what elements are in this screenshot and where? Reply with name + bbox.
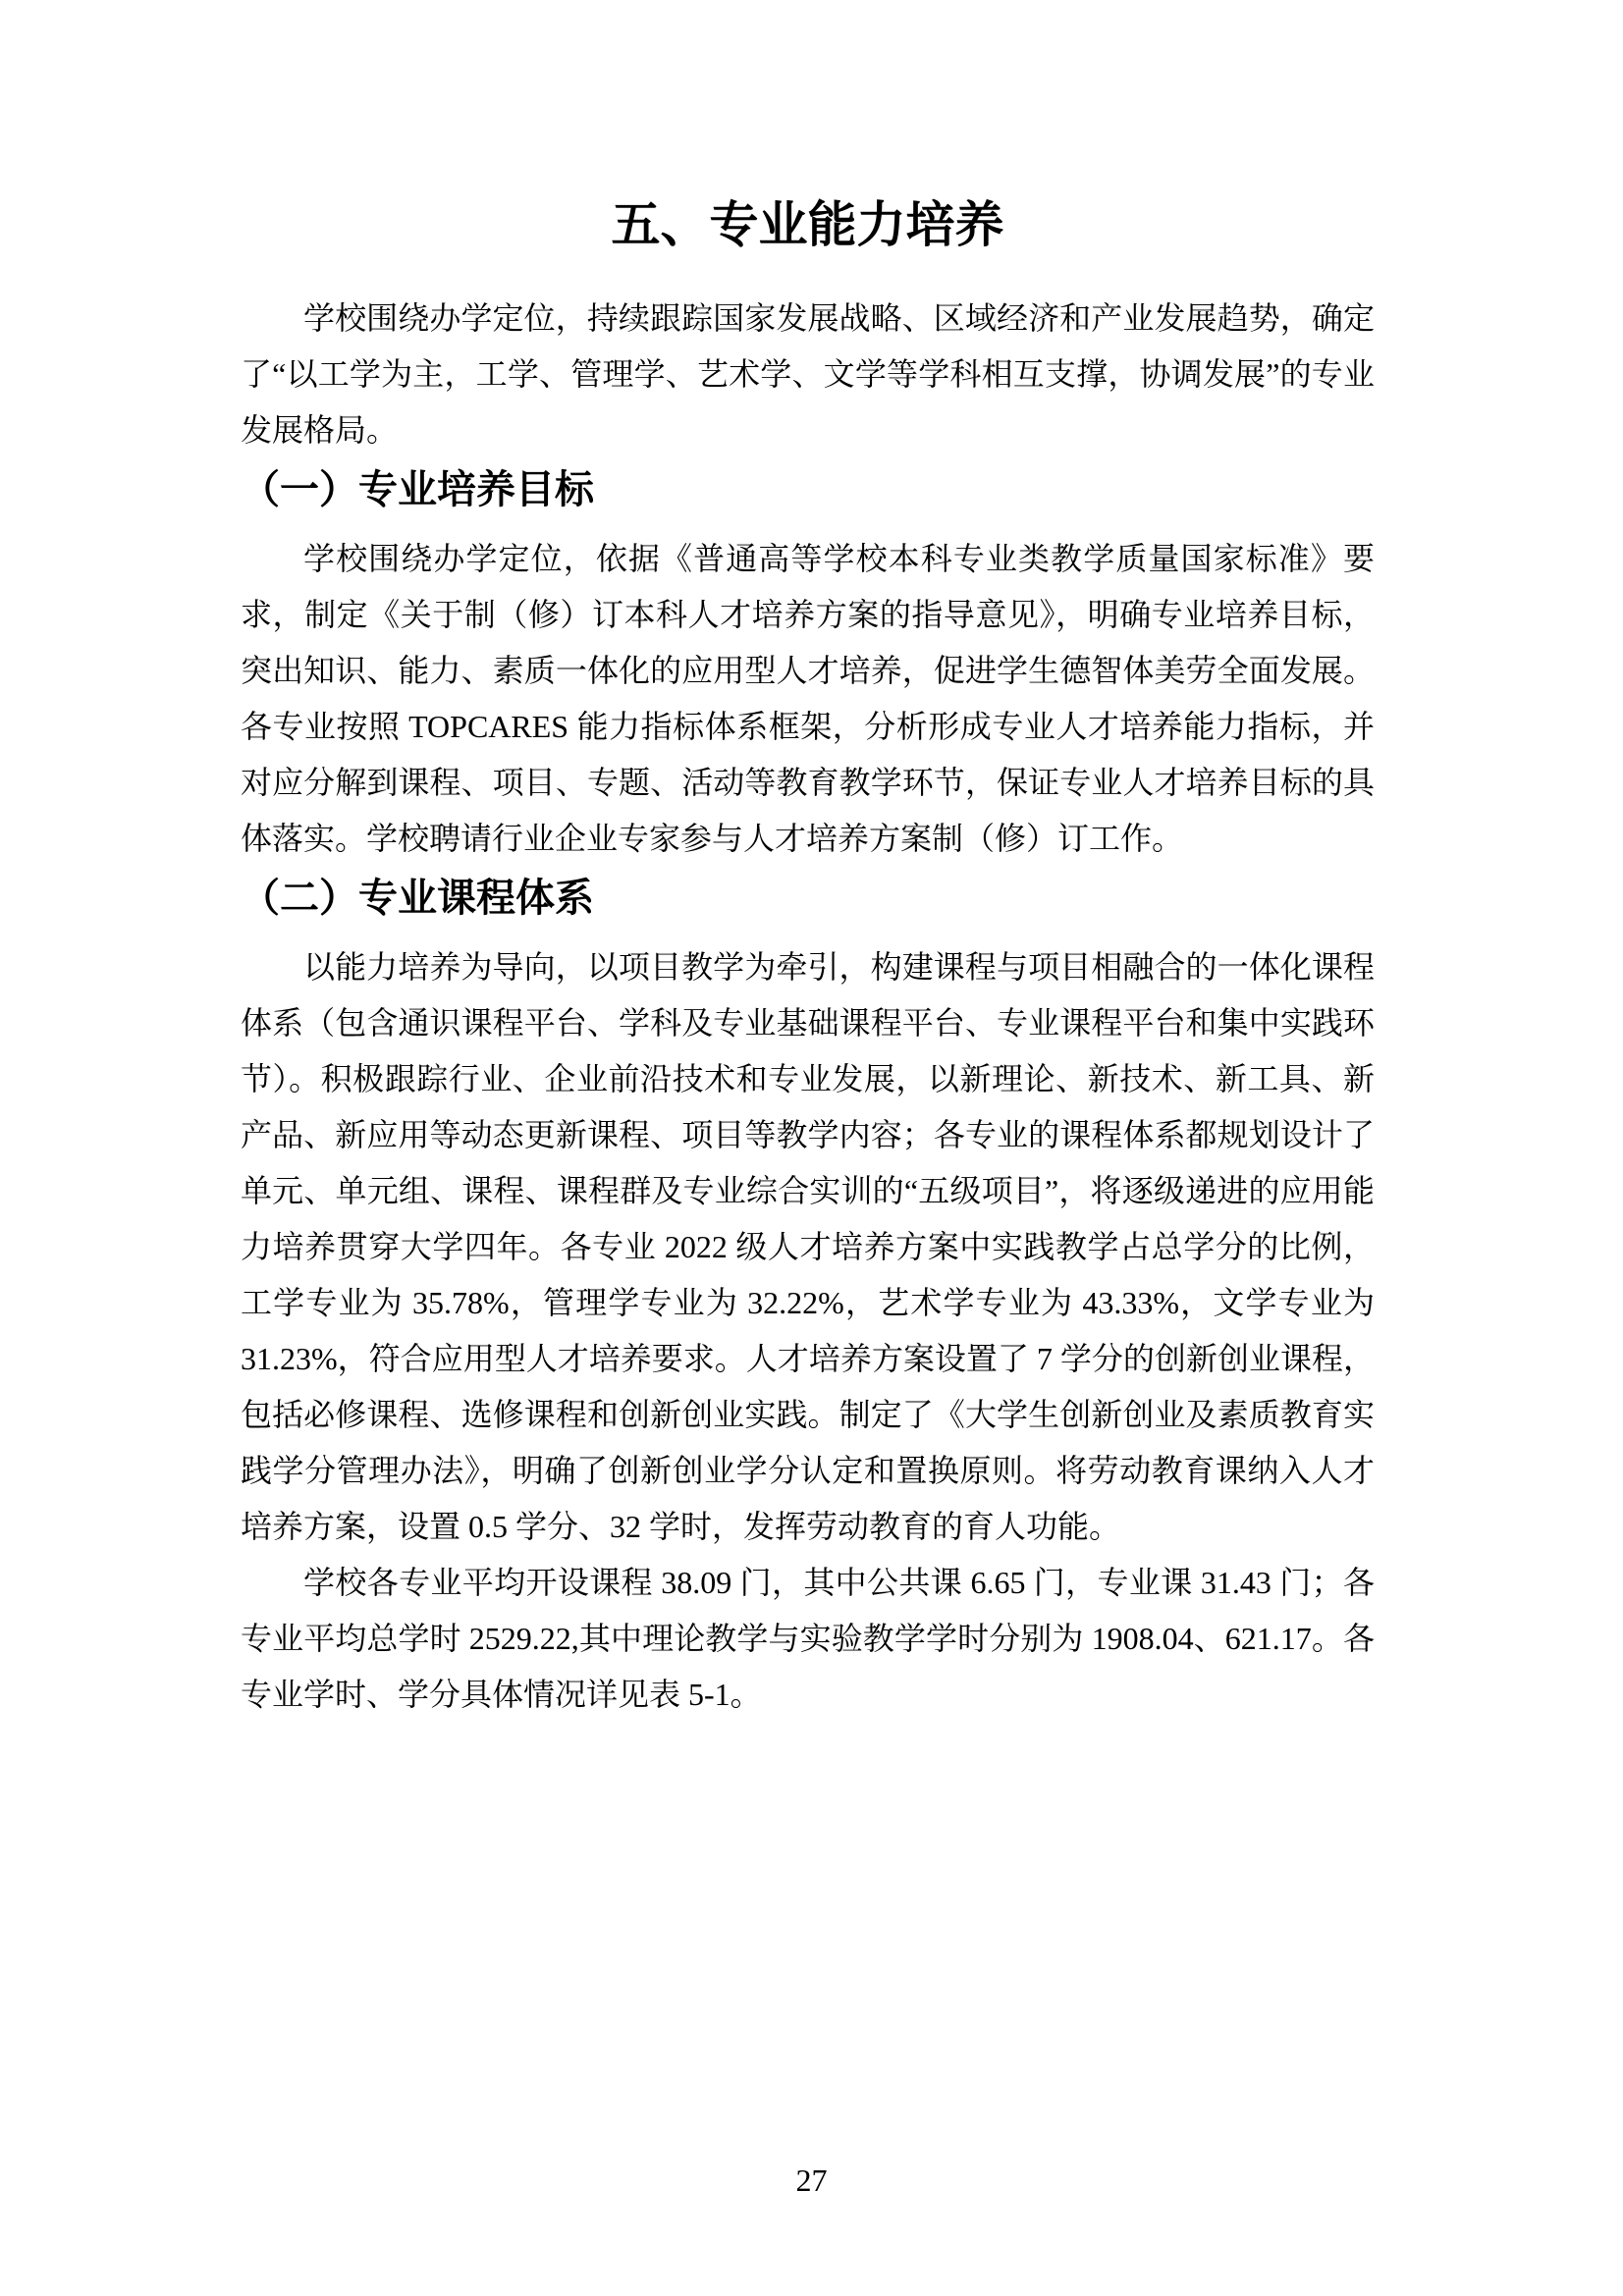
page-number: 27: [0, 2162, 1623, 2199]
section-2-paragraph-1: 以能力培养为导向，以项目教学为牵引，构建课程与项目相融合的一体化课程体系（包含通…: [241, 939, 1375, 1555]
section-2-heading: （二）专业课程体系: [241, 871, 1375, 926]
section-1-heading: （一）专业培养目标: [241, 462, 1375, 517]
section-2-paragraph-2: 学校各专业平均开设课程 38.09 门，其中公共课 6.65 门，专业课 31.…: [241, 1555, 1375, 1723]
section-1-paragraph-1: 学校围绕办学定位，依据《普通高等学校本科专业类教学质量国家标准》要求，制定《关于…: [241, 531, 1375, 867]
intro-paragraph: 学校围绕办学定位，持续跟踪国家发展战略、区域经济和产业发展趋势，确定了“以工学为…: [241, 291, 1375, 458]
document-page: 五、专业能力培养 学校围绕办学定位，持续跟踪国家发展战略、区域经济和产业发展趋势…: [0, 0, 1623, 2296]
page-title: 五、专业能力培养: [241, 192, 1375, 257]
document-content: 五、专业能力培养 学校围绕办学定位，持续跟踪国家发展战略、区域经济和产业发展趋势…: [241, 0, 1375, 1723]
